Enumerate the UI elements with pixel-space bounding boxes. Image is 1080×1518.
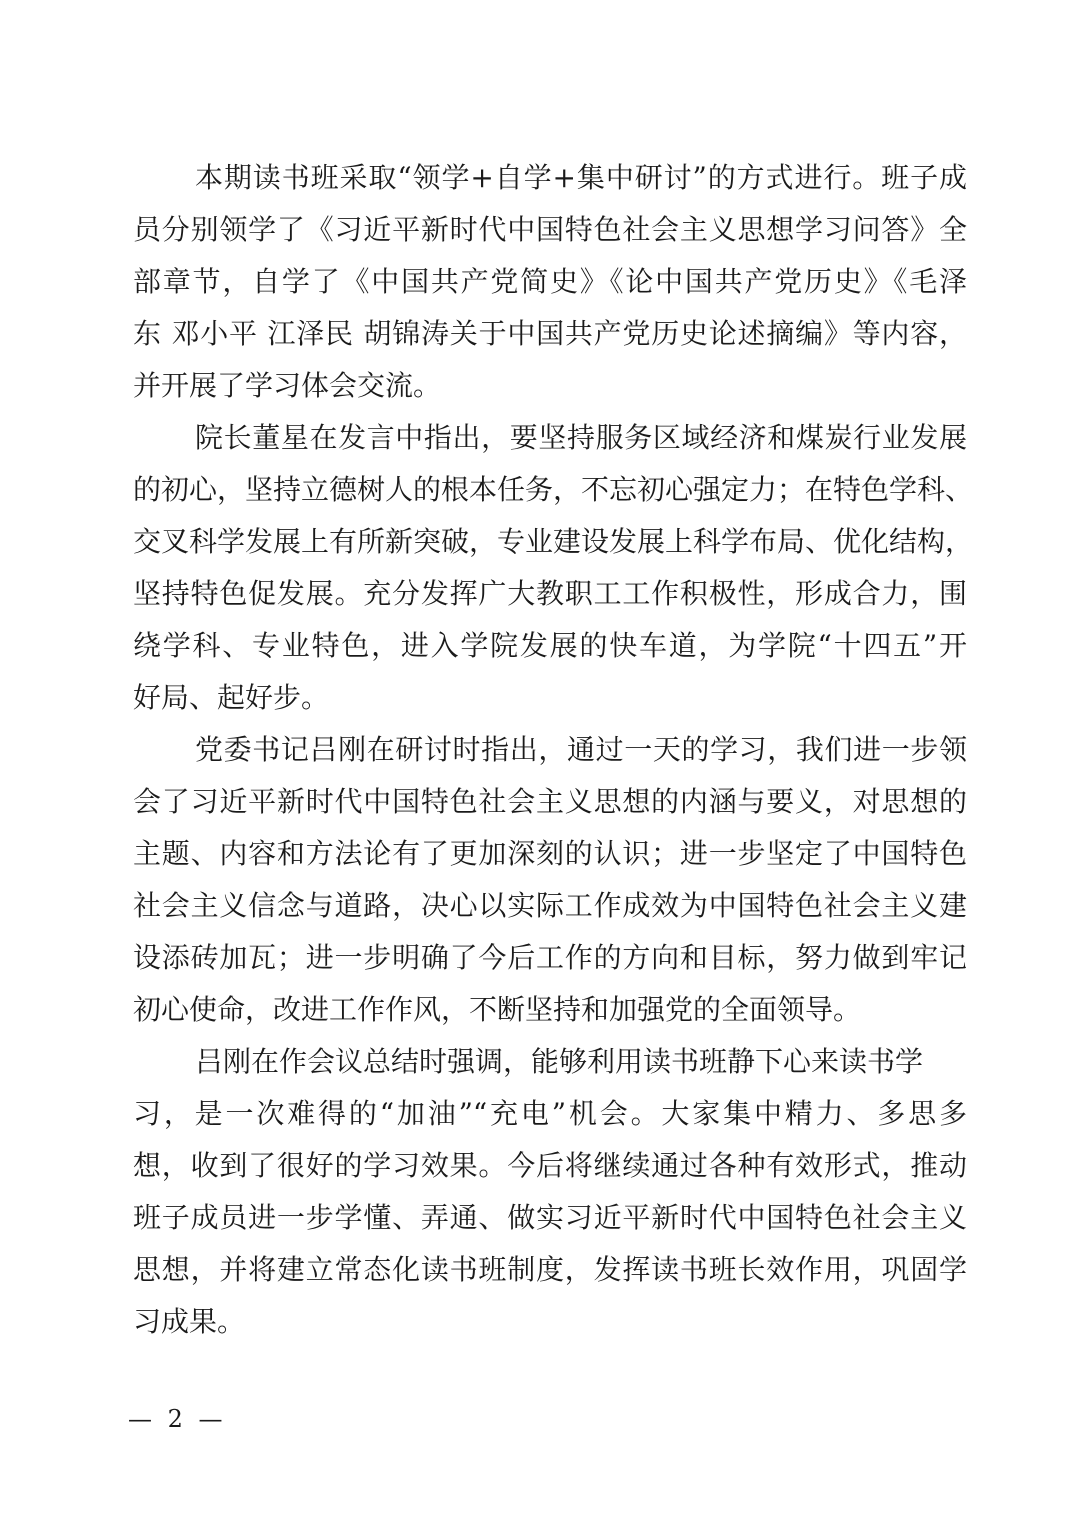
text-line: 好局、起好步。 xyxy=(133,672,967,724)
text-line: 的初心，坚持立德树人的根本任务，不忘初心强定力；在特色学科、 xyxy=(133,464,967,516)
paragraph-dean-speech: 院长董星在发言中指出，要坚持服务区域经济和煤炭行业发展 的初心，坚持立德树人的根… xyxy=(133,412,967,724)
paragraph-reading-class-format: 本期读书班采取“领学+自学+集中研讨”的方式进行。班子成 员分别领学了《习近平新… xyxy=(133,152,967,412)
text-line: 想，收到了很好的学习效果。今后将继续通过各种有效形式，推动 xyxy=(133,1140,967,1192)
text-line: 员分别领学了《习近平新时代中国特色社会主义思想学习问答》全 xyxy=(133,204,967,256)
text-line: 会了习近平新时代中国特色社会主义思想的内涵与要义，对思想的 xyxy=(133,776,967,828)
text-line: 本期读书班采取“领学+自学+集中研讨”的方式进行。班子成 xyxy=(133,152,967,204)
text-line: 班子成员进一步学懂、弄通、做实习近平新时代中国特色社会主义 xyxy=(133,1192,967,1244)
text-line: 东 邓小平 江泽民 胡锦涛关于中国共产党历史论述摘编》等内容， xyxy=(133,308,967,360)
text-line: 社会主义信念与道路，决心以实际工作成效为中国特色社会主义建 xyxy=(133,880,967,932)
text-line: 交叉科学发展上有所新突破，专业建设发展上科学布局、优化结构， xyxy=(133,516,967,568)
text-line: 设添砖加瓦；进一步明确了今后工作的方向和目标，努力做到牢记 xyxy=(133,932,967,984)
text-line: 初心使命，改进工作作风，不断坚持和加强党的全面领导。 xyxy=(133,984,967,1036)
text-line: 并开展了学习体会交流。 xyxy=(133,360,967,412)
text-line: 部章节，自学了《中国共产党简史》《论中国共产党历史》《毛泽 xyxy=(133,256,967,308)
text-line: 绕学科、专业特色，进入学院发展的快车道，为学院“十四五”开 xyxy=(133,620,967,672)
text-line: 吕刚在作会议总结时强调，能够利用读书班静下心来读书学 xyxy=(133,1036,967,1088)
text-line: 习，是一次难得的“加油”“充电”机会。大家集中精力、多思多 xyxy=(133,1088,967,1140)
paragraph-secretary-discussion: 党委书记吕刚在研讨时指出，通过一天的学习，我们进一步领 会了习近平新时代中国特色… xyxy=(133,724,967,1036)
text-line: 主题、内容和方法论有了更加深刻的认识；进一步坚定了中国特色 xyxy=(133,828,967,880)
text-line: 院长董星在发言中指出，要坚持服务区域经济和煤炭行业发展 xyxy=(133,412,967,464)
paragraph-meeting-summary: 吕刚在作会议总结时强调，能够利用读书班静下心来读书学 习，是一次难得的“加油”“… xyxy=(133,1036,967,1348)
document-body: 本期读书班采取“领学+自学+集中研讨”的方式进行。班子成 员分别领学了《习近平新… xyxy=(133,152,967,1348)
text-line: 习成果。 xyxy=(133,1296,967,1348)
page-number: — 2 — xyxy=(128,1405,227,1433)
text-line: 坚持特色促发展。充分发挥广大教职工工作积极性，形成合力，围 xyxy=(133,568,967,620)
text-line: 党委书记吕刚在研讨时指出，通过一天的学习，我们进一步领 xyxy=(133,724,967,776)
text-line: 思想，并将建立常态化读书班制度，发挥读书班长效作用，巩固学 xyxy=(133,1244,967,1296)
